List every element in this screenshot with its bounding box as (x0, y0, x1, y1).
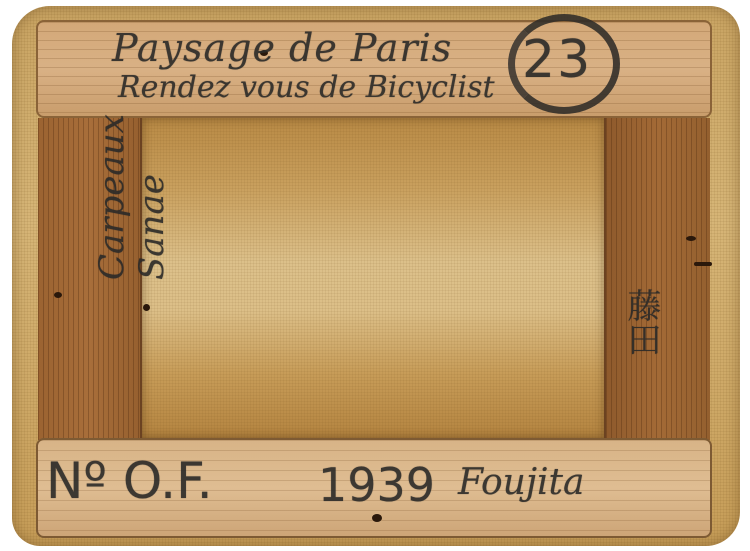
artist-signature: Foujita (458, 462, 584, 503)
painting-back-photo: Paysage de Paris Rendez vous de Bicyclis… (0, 0, 750, 551)
wood-hole (54, 292, 62, 298)
catalog-number: 23 (522, 30, 592, 90)
wood-crack (694, 262, 712, 266)
wood-hole (686, 236, 696, 241)
wood-hole (372, 514, 382, 522)
inscription-left-line2: Sanae (132, 114, 172, 280)
inscription-number: Nº O.F. (46, 452, 213, 510)
inscription-title: Paysage de Paris (112, 26, 452, 70)
stretcher-right-bar (604, 118, 710, 440)
canvas-back-center (142, 118, 604, 438)
inscription-left-line1: Carpeaux (92, 114, 132, 280)
left-bar-inscription: Carpeaux Sanae (92, 114, 172, 280)
japanese-signature: 藤田 (622, 288, 660, 356)
canvas-tack-mark (143, 304, 150, 311)
inscription-year: 1939 (318, 458, 435, 512)
inscription-subtitle: Rendez vous de Bicyclist (118, 70, 495, 105)
